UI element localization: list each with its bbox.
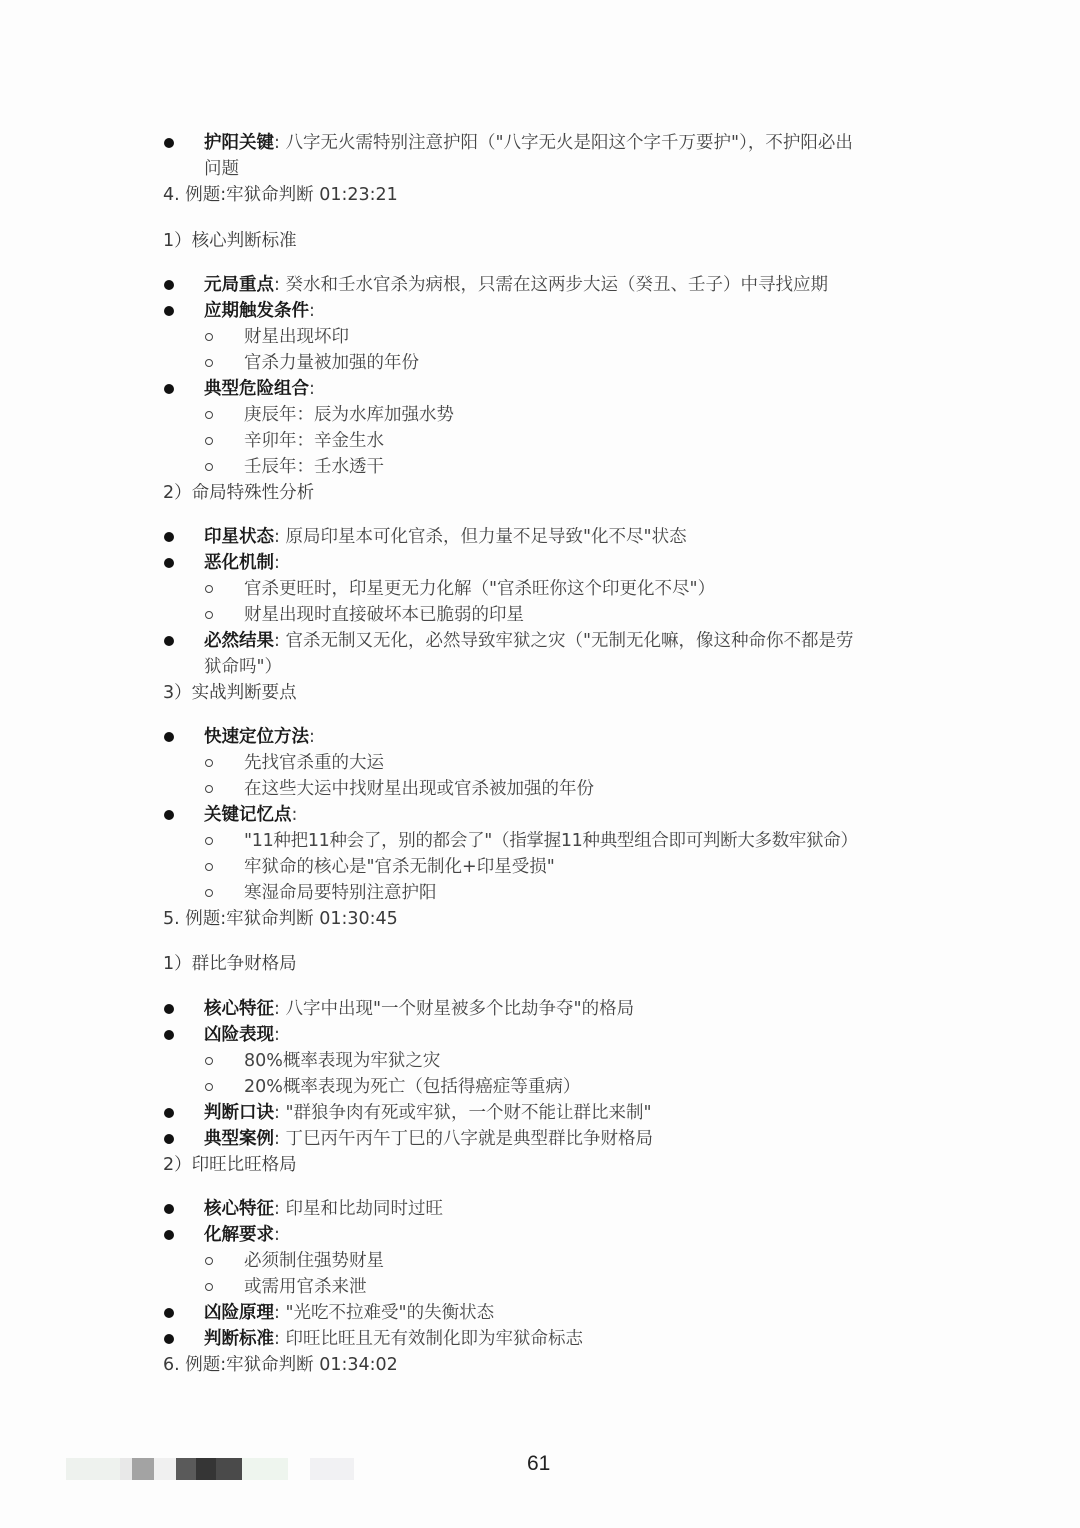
subsection-heading: 2）命局特殊性分析 xyxy=(0,480,1080,506)
bullet-item: 判断口诀: "群狼争肉有死或牢狱，一个财不能让群比来制" xyxy=(0,1100,1080,1126)
bullet-circle-icon xyxy=(205,437,213,445)
sub-bullet-item: 牢狱命的核心是"官杀无制化+印星受损" xyxy=(0,854,1080,880)
bullet-dot-icon xyxy=(164,1230,174,1240)
bullet-dot-icon xyxy=(164,384,174,394)
bullet-dot-icon xyxy=(164,280,174,290)
bullet-item: 判断标准: 印旺比旺且无有效制化即为牢狱命标志 xyxy=(0,1326,1080,1352)
bullet-circle-icon xyxy=(205,585,213,593)
bullet-item: 核心特征: 印星和比劫同时过旺 xyxy=(0,1196,1080,1222)
bullet-text: 八字无火需特别注意护阳（"八字无火是阳这个字千万要护"），不护阳必出 xyxy=(285,133,852,153)
sub-bullet-item: 80%概率表现为牢狱之灾 xyxy=(0,1048,1080,1074)
bullet-dot-icon xyxy=(164,138,174,148)
sub-bullet-item: 先找官杀重的大运 xyxy=(0,750,1080,776)
sub-bullet-item: 必须制住强势财星 xyxy=(0,1248,1080,1274)
bullet-circle-icon xyxy=(205,359,213,367)
bullet-circle-icon xyxy=(205,863,213,871)
bullet-circle-icon xyxy=(205,1057,213,1065)
bullet-dot-icon xyxy=(164,1204,174,1214)
document-page: 护阳关键: 八字无火需特别注意护阳（"八字无火是阳这个字千万要护"），不护阳必出… xyxy=(0,0,1080,1528)
bullet-item: 快速定位方法: xyxy=(0,724,1080,750)
bullet-dot-icon xyxy=(164,306,174,316)
bullet-item: 恶化机制: xyxy=(0,550,1080,576)
bullet-item: 应期触发条件: xyxy=(0,298,1080,324)
bullet-item: 护阳关键: 八字无火需特别注意护阳（"八字无火是阳这个字千万要护"），不护阳必出 xyxy=(0,130,1080,156)
bullet-circle-icon xyxy=(205,611,213,619)
subsection-heading: 2）印旺比旺格局 xyxy=(0,1152,1080,1178)
bullet-circle-icon xyxy=(205,1283,213,1291)
bullet-dot-icon xyxy=(164,532,174,542)
bullet-circle-icon xyxy=(205,463,213,471)
bullet-item: 凶险表现: xyxy=(0,1022,1080,1048)
bullet-item: 典型案例: 丁巳丙午丙午丁巳的八字就是典型群比争财格局 xyxy=(0,1126,1080,1152)
bullet-dot-icon xyxy=(164,1334,174,1344)
bullet-dot-icon xyxy=(164,1134,174,1144)
bullet-dot-icon xyxy=(164,1308,174,1318)
bullet-item: 印星状态: 原局印星本可化官杀，但力量不足导致"化不尽"状态 xyxy=(0,524,1080,550)
bullet-circle-icon xyxy=(205,1257,213,1265)
bullet-dot-icon xyxy=(164,636,174,646)
sub-bullet-item: 寒湿命局要特别注意护阳 xyxy=(0,880,1080,906)
bullet-circle-icon xyxy=(205,411,213,419)
bullet-item: 必然结果: 官杀无制又无化，必然导致牢狱之灾（"无制无化嘛，像这种命你不都是劳 xyxy=(0,628,1080,654)
subsection-heading: 3）实战判断要点 xyxy=(0,680,1080,706)
bullet-circle-icon xyxy=(205,889,213,897)
bullet-circle-icon xyxy=(205,837,213,845)
bullet-dot-icon xyxy=(164,732,174,742)
bullet-item: 核心特征: 八字中出现"一个财星被多个比劫争夺"的格局 xyxy=(0,996,1080,1022)
bullet-item: 元局重点: 癸水和壬水官杀为病根，只需在这两步大运（癸丑、壬子）中寻找应期 xyxy=(0,272,1080,298)
sub-bullet-item: 20%概率表现为死亡（包括得癌症等重病） xyxy=(0,1074,1080,1100)
sub-bullet-item: 壬辰年：壬水透干 xyxy=(0,454,1080,480)
sub-bullet-item: 庚辰年：辰为水库加强水势 xyxy=(0,402,1080,428)
bullet-dot-icon xyxy=(164,810,174,820)
bullet-item: 关键记忆点: xyxy=(0,802,1080,828)
bullet-dot-icon xyxy=(164,1108,174,1118)
sub-bullet-item: 辛卯年：辛金生水 xyxy=(0,428,1080,454)
bullet-dot-icon xyxy=(164,558,174,568)
section-heading: 5. 例题:牢狱命判断 01:30:45 xyxy=(0,906,1080,932)
subsection-heading: 1）群比争财格局 xyxy=(0,951,1080,977)
sub-bullet-item: 在这些大运中找财星出现或官杀被加强的年份 xyxy=(0,776,1080,802)
section-heading: 6. 例题:牢狱命判断 01:34:02 xyxy=(0,1352,1080,1378)
sub-bullet-item: 财星出现坏印 xyxy=(0,324,1080,350)
sub-bullet-item: 财星出现时直接破坏本已脆弱的印星 xyxy=(0,602,1080,628)
bullet-continuation: 问题 xyxy=(0,156,1080,182)
bullet-item: 凶险原理: "光吃不拉难受"的失衡状态 xyxy=(0,1300,1080,1326)
bullet-continuation: 狱命吗"） xyxy=(0,654,1080,680)
subsection-heading: 1）核心判断标准 xyxy=(0,228,1080,254)
bullet-item: 典型危险组合: xyxy=(0,376,1080,402)
section-heading: 4. 例题:牢狱命判断 01:23:21 xyxy=(0,182,1080,208)
bullet-circle-icon xyxy=(205,333,213,341)
sub-bullet-item: "11种把11种会了，别的都会了"（指掌握11种典型组合即可判断大多数牢狱命） xyxy=(0,828,1080,854)
sub-bullet-item: 或需用官杀来泄 xyxy=(0,1274,1080,1300)
bullet-dot-icon xyxy=(164,1030,174,1040)
bullet-dot-icon xyxy=(164,1004,174,1014)
sub-bullet-item: 官杀力量被加强的年份 xyxy=(0,350,1080,376)
sub-bullet-item: 官杀更旺时，印星更无力化解（"官杀旺你这个印更化不尽"） xyxy=(0,576,1080,602)
page-number: 61 xyxy=(527,1452,550,1476)
bullet-circle-icon xyxy=(205,785,213,793)
bullet-circle-icon xyxy=(205,1083,213,1091)
bullet-keyword: 护阳关键 xyxy=(204,133,274,153)
bullet-circle-icon xyxy=(205,759,213,767)
bullet-item: 化解要求: xyxy=(0,1222,1080,1248)
